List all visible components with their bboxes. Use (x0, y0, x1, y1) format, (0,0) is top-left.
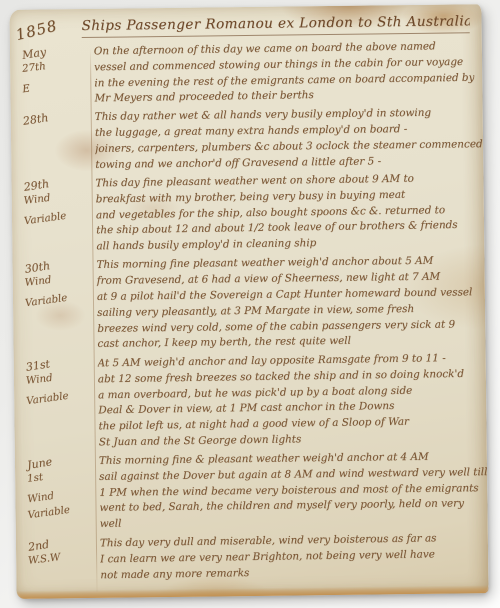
title-row: 1858 Ships Passenger Romanou ex London t… (16, 13, 470, 39)
journal-page: 1858 Ships Passenger Romanou ex London t… (9, 4, 488, 599)
entry-text: This day rather wet & all hands very bus… (83, 105, 483, 173)
entry-wind-label: Variable (23, 208, 84, 230)
journal-entry: 28thThis day rather wet & all hands very… (17, 105, 472, 174)
entry-text: This day very dull and miserable, wind v… (88, 531, 477, 584)
entry-wind-label: Variable (24, 290, 85, 312)
journal-entries: May27thEOn the afternoon of this day we … (16, 39, 477, 584)
entry-margin: June1stWindVariable (21, 454, 88, 534)
entry-date-label: 28th (22, 106, 83, 129)
entry-wind-label: Variable (26, 388, 87, 410)
entry-margin: 2ndW.S.W (22, 536, 89, 584)
entry-margin: 29thWindVariable (17, 176, 84, 256)
year-label: 1858 (14, 11, 82, 44)
page-content: 1858 Ships Passenger Romanou ex London t… (9, 4, 488, 599)
entry-margin: 30thWindVariable (18, 258, 85, 354)
entry-wind-label: E (22, 75, 83, 97)
entry-text: On the afternoon of this day we came on … (82, 39, 475, 108)
journal-entry: 30thWindVariableThis morning fine pleasa… (18, 254, 473, 354)
entry-text: This morning fine pleasant weather weigh… (84, 254, 473, 354)
entry-margin: 28th (17, 110, 84, 174)
entry-text: This day fine pleasant weather went on s… (83, 171, 472, 256)
entry-text-line: cast anchor, I keep my berth, the rest q… (97, 333, 473, 353)
page-title: Ships Passenger Romanou ex London to Sth… (82, 13, 470, 38)
journal-entry: June1stWindVariableThis morning fine & p… (21, 449, 476, 534)
entry-text: At 5 AM weigh'd anchor and lay opposite … (86, 351, 475, 452)
journal-entry: 29thWindVariableThis day fine pleasant w… (17, 172, 472, 257)
journal-entry: 31stWindVariableAt 5 AM weigh'd anchor a… (20, 351, 475, 451)
journal-entry: May27thEOn the afternoon of this day we … (16, 39, 471, 108)
entry-margin: 31stWindVariable (20, 356, 87, 452)
entry-text: This morning fine & pleasant weather wei… (87, 449, 488, 533)
entry-margin: May27thE (16, 44, 83, 108)
journal-entry: 2ndW.S.WThis day very dull and miserable… (22, 531, 477, 584)
